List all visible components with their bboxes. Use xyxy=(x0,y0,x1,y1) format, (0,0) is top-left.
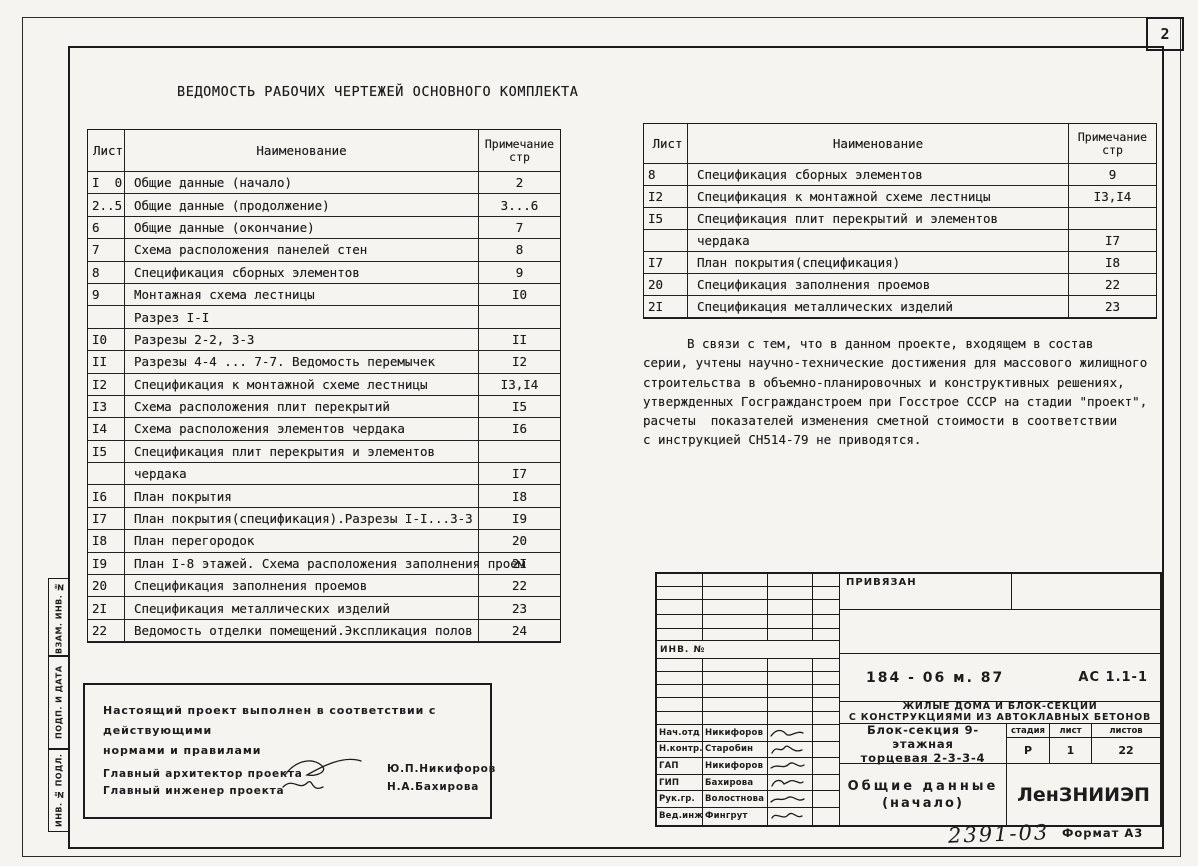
row-drawing-name: Схема расположения элементов чердака xyxy=(125,418,479,440)
note-header-line1: Примечание xyxy=(1078,131,1147,144)
row-note-page: I6 xyxy=(479,418,560,440)
side-grid-cell xyxy=(657,629,703,640)
row-drawing-name: Монтажная схема лестницы xyxy=(125,284,479,306)
note-paragraph: В связи с тем, что в данном проекте, вхо… xyxy=(643,334,1163,450)
row-sheet-number: II xyxy=(88,351,125,373)
row-sheet-number: I3 xyxy=(88,396,125,418)
signer-name: Никифоров xyxy=(703,725,768,741)
row-drawing-name: Спецификация заполнения проемов xyxy=(688,274,1069,296)
side-grid-cell xyxy=(657,615,703,628)
col-header-note: Примечаниестр xyxy=(479,130,560,172)
side-grid-cell xyxy=(657,685,703,697)
side-grid-row xyxy=(657,615,839,629)
signer-role: Вед.инж xyxy=(657,808,703,825)
side-grid-row xyxy=(657,672,839,685)
row-note-page: 9 xyxy=(479,262,560,284)
side-grid-cell xyxy=(768,574,813,586)
row-sheet-number: 7 xyxy=(88,239,125,261)
row-note-page xyxy=(479,441,560,463)
note-header-line2: стр xyxy=(1078,144,1147,157)
row-note-page: I0 xyxy=(479,284,560,306)
paragraph-line: серии, учтены научно-технические достиже… xyxy=(643,353,1163,372)
row-drawing-name: Разрез I-I xyxy=(125,306,479,328)
signer-name: Бахирова xyxy=(703,775,768,791)
row-sheet-number xyxy=(644,230,688,252)
row-drawing-name: Спецификация заполнения проемов xyxy=(125,575,479,597)
sheet-content-cell: Общие данные (начало) xyxy=(840,764,1007,825)
side-grid-row xyxy=(657,698,839,712)
handwritten-doc-number: 2391-03 xyxy=(948,820,1050,848)
row-sheet-number: I6 xyxy=(88,485,125,507)
side-grid-cell xyxy=(657,698,703,711)
side-grid-cell xyxy=(703,685,768,697)
side-grid-cell xyxy=(813,615,839,628)
row-sheet-number xyxy=(88,306,125,328)
note-header: Примечаниестр xyxy=(1078,131,1147,157)
signer-row: ГИПБахирова xyxy=(657,775,839,792)
row-sheet-number: I7 xyxy=(88,508,125,530)
compliance-box: Настоящий проект выполнен в соответствии… xyxy=(83,683,492,819)
row-note-page: 24 xyxy=(479,620,560,642)
row-drawing-name: План I-8 этажей. Схема расположения запо… xyxy=(125,553,479,575)
col-header-note: Примечаниестр xyxy=(1069,124,1156,164)
signature-scribble xyxy=(768,792,808,806)
role-chief-architect: Главный архитектор проекта xyxy=(103,768,303,780)
signature-scribble xyxy=(768,742,808,756)
format-label: Формат А3 xyxy=(1062,826,1143,840)
row-drawing-name: План покрытия(спецификация).Разрезы I-I.… xyxy=(125,508,479,530)
row-drawing-name: Общие данные (начало) xyxy=(125,172,479,194)
side-grid-cell xyxy=(703,712,768,724)
empty-cell-wide xyxy=(840,610,1160,654)
side-grid-row xyxy=(657,574,839,587)
row-drawing-name: Ведомость отделки помещений.Экспликация … xyxy=(125,620,479,642)
paragraph-line: строительства в объемно-планировочных и … xyxy=(643,373,1163,392)
signer-signature xyxy=(768,725,813,741)
side-grid-cell xyxy=(768,659,813,671)
row-drawing-name: Разрезы 4-4 ... 7-7. Ведомость перемычек xyxy=(125,351,479,373)
signer-signature xyxy=(768,791,813,807)
row-note-page: I3,I4 xyxy=(1069,186,1156,208)
row-drawing-name: Спецификация к монтажной схеме лестницы xyxy=(688,186,1069,208)
row-sheet-number xyxy=(88,463,125,485)
row-sheet-number: I2 xyxy=(88,374,125,396)
side-grid-cell xyxy=(768,615,813,628)
drawings-table-right: ЛистНаименованиеПримечаниестр8Спецификац… xyxy=(643,123,1157,319)
row-sheet-number: 22 xyxy=(88,620,125,642)
stage-value: Р xyxy=(1007,738,1050,764)
row-sheet-number: 20 xyxy=(88,575,125,597)
signer-name: Волостнова xyxy=(703,791,768,807)
margin-label-vzam-inv: ВЗАМ. ИНВ. № xyxy=(48,578,70,657)
side-grid-cell xyxy=(813,574,839,586)
row-drawing-name: Спецификация сборных элементов xyxy=(125,262,479,284)
organization-cell: ЛенЗНИИЭП xyxy=(1007,764,1160,825)
side-grid-cell xyxy=(657,672,703,684)
signer-role: ГАП xyxy=(657,758,703,774)
signer-date xyxy=(813,725,839,741)
side-grid-row xyxy=(657,587,839,600)
row-drawing-name: Схема расположения плит перекрытий xyxy=(125,396,479,418)
row-sheet-number: I9 xyxy=(88,553,125,575)
signer-signature xyxy=(768,742,813,758)
side-grid-cell xyxy=(768,698,813,711)
row-drawing-name: Спецификация сборных элементов xyxy=(688,164,1069,186)
signature-scribble xyxy=(768,759,808,773)
side-grid-cell xyxy=(703,659,768,671)
side-grid-cell xyxy=(813,712,839,724)
signer-date xyxy=(813,775,839,791)
doc-designation-cell: 184 - 06 м. 87 АС 1.1-1 xyxy=(840,654,1160,702)
row-note-page: I7 xyxy=(479,463,560,485)
row-note-page xyxy=(1069,208,1156,230)
sheet-header: лист xyxy=(1050,724,1092,738)
signer-signature xyxy=(768,775,813,791)
row-sheet-number: I0 xyxy=(88,329,125,351)
object-name-cell: Блок-секция 9-этажная торцевая 2-3-3-4 xyxy=(840,724,1007,764)
row-note-page: I7 xyxy=(1069,230,1156,252)
sheets-value: 22 xyxy=(1092,738,1160,764)
row-drawing-name: чердака xyxy=(125,463,479,485)
row-note-page: 9 xyxy=(1069,164,1156,186)
signer-name: Никифоров xyxy=(703,758,768,774)
signer-role: ГИП xyxy=(657,775,703,791)
side-grid-cell xyxy=(657,600,703,614)
row-sheet-number: 2..5 xyxy=(88,194,125,216)
signer-row: Нач.отдНикифоров xyxy=(657,725,839,742)
side-grid-cell xyxy=(657,712,703,724)
side-grid-row xyxy=(657,659,839,672)
row-sheet-number: I 0 xyxy=(88,172,125,194)
side-grid-cell xyxy=(813,600,839,614)
row-drawing-name: Схема расположения панелей стен xyxy=(125,239,479,261)
row-sheet-number: I5 xyxy=(644,208,688,230)
title-block-side-grid: ИНВ. №Нач.отдНикифоровН.контр.СтаробинГА… xyxy=(657,574,840,825)
row-sheet-number: 8 xyxy=(644,164,688,186)
name-chief-architect: Ю.П.Никифоров xyxy=(387,763,496,775)
sheet-value: 1 xyxy=(1050,738,1092,764)
side-grid-cell xyxy=(768,629,813,640)
side-grid-cell xyxy=(813,672,839,684)
row-note-page: 3...6 xyxy=(479,194,560,216)
signer-date xyxy=(813,758,839,774)
col-header-name: Наименование xyxy=(688,124,1069,164)
row-drawing-name: Общие данные (окончание) xyxy=(125,217,479,239)
paragraph-line: утвержденных Госгражданстроем при Госстр… xyxy=(643,392,1163,411)
page-number: 2 xyxy=(1160,25,1169,43)
row-note-page: I5 xyxy=(479,396,560,418)
row-drawing-name: Спецификация металлических изделий xyxy=(125,597,479,619)
signer-date xyxy=(813,808,839,825)
row-note-page: 20 xyxy=(479,530,560,552)
side-grid-row xyxy=(657,685,839,698)
row-sheet-number: 8 xyxy=(88,262,125,284)
paragraph-line: В связи с тем, что в данном проекте, вхо… xyxy=(643,334,1163,353)
sheets-header: листов xyxy=(1092,724,1160,738)
name-chief-engineer: Н.А.Бахирова xyxy=(387,781,479,793)
side-grid-cell xyxy=(657,587,703,599)
col-header-sheet: Лист xyxy=(88,130,125,172)
col-header-name: Наименование xyxy=(125,130,479,172)
row-drawing-name: Спецификация плит перекрытия и элементов xyxy=(125,441,479,463)
side-grid-row xyxy=(657,629,839,641)
signer-row: Вед.инжФингрут xyxy=(657,808,839,825)
side-grid-cell xyxy=(703,600,768,614)
row-note-page: 8 xyxy=(479,239,560,261)
note-header-line2: стр xyxy=(485,151,554,164)
row-sheet-number: 20 xyxy=(644,274,688,296)
row-drawing-name: Спецификация металлических изделий xyxy=(688,296,1069,318)
row-note-page: II xyxy=(479,329,560,351)
margin-label-podp-data: ПОДП. И ДАТА xyxy=(48,655,70,750)
row-note-page: I3,I4 xyxy=(479,374,560,396)
side-grid-cell xyxy=(703,672,768,684)
role-chief-engineer: Главный инженер проекта xyxy=(103,785,284,797)
side-grid-cell xyxy=(703,698,768,711)
row-note-page: 22 xyxy=(479,575,560,597)
row-sheet-number: I8 xyxy=(88,530,125,552)
doc-code: АС 1.1-1 xyxy=(1078,670,1148,685)
side-grid-cell xyxy=(768,685,813,697)
row-note-page: 2 xyxy=(479,172,560,194)
row-drawing-name: Разрезы 2-2, 3-3 xyxy=(125,329,479,351)
signature-scribble xyxy=(768,726,808,740)
row-drawing-name: Общие данные (продолжение) xyxy=(125,194,479,216)
paragraph-line: с инструкцией СН514-79 не приводятся. xyxy=(643,430,1163,449)
signer-role: Н.контр. xyxy=(657,742,703,758)
drawings-table-left: ЛистНаименованиеПримечаниестрI 0Общие да… xyxy=(87,129,561,643)
row-drawing-name: План перегородок xyxy=(125,530,479,552)
signer-date xyxy=(813,742,839,758)
col-header-sheet: Лист xyxy=(644,124,688,164)
series-title-cell: ЖИЛЫЕ ДОМА И БЛОК-СЕКЦИИ С КОНСТРУКЦИЯМИ… xyxy=(840,702,1160,724)
row-sheet-number: I4 xyxy=(88,418,125,440)
row-note-page: 22 xyxy=(1069,274,1156,296)
side-grid-cell xyxy=(768,712,813,724)
row-sheet-number: I7 xyxy=(644,252,688,274)
side-grid-cell xyxy=(813,698,839,711)
side-grid-cell xyxy=(768,600,813,614)
signer-name: Старобин xyxy=(703,742,768,758)
side-grid-cell xyxy=(813,629,839,640)
margin-label-inv-podl: ИНВ. № ПОДЛ. xyxy=(48,748,70,832)
side-grid-cell xyxy=(813,587,839,599)
page-number-box: 2 xyxy=(1146,17,1184,51)
signer-date xyxy=(813,791,839,807)
row-note-page: I8 xyxy=(479,485,560,507)
drawing-sheet: 2 ВЗАМ. ИНВ. № ПОДП. И ДАТА ИНВ. № ПОДЛ.… xyxy=(0,0,1198,866)
side-grid-row xyxy=(657,712,839,725)
signature-scribble xyxy=(768,809,808,823)
row-note-page: 23 xyxy=(479,597,560,619)
side-grid-cell xyxy=(703,587,768,599)
row-drawing-name: План покрытия xyxy=(125,485,479,507)
row-drawing-name: Спецификация к монтажной схеме лестницы xyxy=(125,374,479,396)
row-note-page: I9 xyxy=(479,508,560,530)
signature-scribble xyxy=(768,776,808,790)
signer-role: Рук.гр. xyxy=(657,791,703,807)
inv-number-row: ИНВ. № xyxy=(657,641,839,659)
empty-cell-top-right xyxy=(1012,574,1160,610)
note-header: Примечаниестр xyxy=(485,138,554,164)
row-note-page: I8 xyxy=(1069,252,1156,274)
row-note-page: 2I xyxy=(479,553,560,575)
side-grid-cell xyxy=(657,659,703,671)
signer-role: Нач.отд xyxy=(657,725,703,741)
row-sheet-number: 2I xyxy=(644,296,688,318)
row-drawing-name: Спецификация плит перекрытий и элементов xyxy=(688,208,1069,230)
title-block: ИНВ. №Нач.отдНикифоровН.контр.СтаробинГА… xyxy=(655,572,1162,827)
row-note-page: 23 xyxy=(1069,296,1156,318)
signer-signature xyxy=(768,808,813,825)
note-header-line1: Примечание xyxy=(485,138,554,151)
paragraph-line: расчеты показателей изменения сметной ст… xyxy=(643,411,1163,430)
doc-number: 184 - 06 м. 87 xyxy=(866,670,1004,686)
row-sheet-number: 6 xyxy=(88,217,125,239)
row-sheet-number: I2 xyxy=(644,186,688,208)
row-note-page xyxy=(479,306,560,328)
signer-name: Фингрут xyxy=(703,808,768,825)
document-title: ВЕДОМОСТЬ РАБОЧИХ ЧЕРТЕЖЕЙ ОСНОВНОГО КОМ… xyxy=(177,84,578,100)
row-drawing-name: чердака xyxy=(688,230,1069,252)
row-note-page: 7 xyxy=(479,217,560,239)
row-note-page: I2 xyxy=(479,351,560,373)
side-grid-cell xyxy=(813,685,839,697)
signer-row: Н.контр.Старобин xyxy=(657,742,839,759)
side-grid-cell xyxy=(768,672,813,684)
row-drawing-name: План покрытия(спецификация) xyxy=(688,252,1069,274)
stage-header: стадия xyxy=(1007,724,1050,738)
signer-signature xyxy=(768,758,813,774)
side-grid-cell xyxy=(703,629,768,640)
signer-row: Рук.гр.Волостнова xyxy=(657,791,839,808)
side-grid-cell xyxy=(703,615,768,628)
row-sheet-number: 2I xyxy=(88,597,125,619)
row-sheet-number: I5 xyxy=(88,441,125,463)
side-grid-row xyxy=(657,600,839,615)
row-sheet-number: 9 xyxy=(88,284,125,306)
side-grid-cell xyxy=(703,574,768,586)
side-grid-cell xyxy=(768,587,813,599)
side-grid-cell xyxy=(813,659,839,671)
signer-row: ГАПНикифоров xyxy=(657,758,839,775)
side-grid-cell xyxy=(657,574,703,586)
privyazan-cell: ПРИВЯЗАН xyxy=(840,574,1012,610)
signature-scribble xyxy=(277,747,377,799)
